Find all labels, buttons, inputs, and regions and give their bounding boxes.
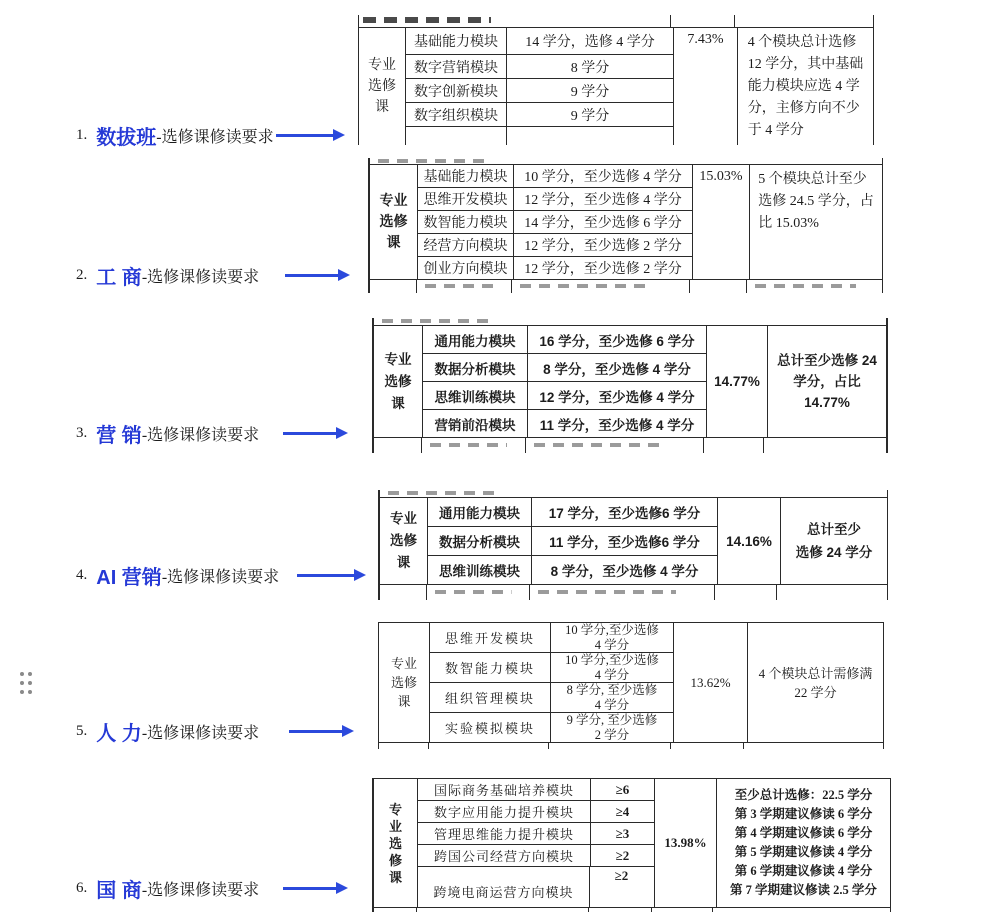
credits-cell: 9 学分, 至少选修 2 学分 (551, 713, 673, 742)
percent-value: 13.98% (664, 835, 706, 851)
module-rows: 基础能力模块10 学分，至少选修 4 学分 思维开发模块12 学分，至少选修 4… (417, 165, 692, 279)
arrow-right-icon (297, 574, 355, 577)
clipped-row-bottom (374, 908, 890, 912)
credits-cell: 8 学分, 至少选修 4 学分 (551, 683, 673, 712)
table-row: 数智能力模块10 学分,至少选修 4 学分 (430, 653, 673, 683)
percent-cell: 13.98% (654, 779, 716, 907)
clipped-row-bottom (406, 127, 673, 145)
table-row: 通用能力模块16 学分，至少选修 6 学分 (423, 326, 706, 354)
table-row: 思维训练模块8 学分，至少选修 4 学分 (428, 556, 717, 584)
note-cell: 至少总计选修：22.5 学分 第 3 学期建议修读 6 学分 第 4 学期建议修… (716, 779, 890, 907)
percent-cell: 14.16% (717, 498, 780, 584)
percent-cell: 13.62% (673, 623, 747, 742)
module-name-cell: 管理思维能力提升模块 (418, 823, 591, 844)
credits-cell: ≥2 (590, 867, 653, 907)
list-number: 2. (76, 267, 87, 284)
module-name-cell: 数字应用能力提升模块 (418, 801, 591, 822)
module-rows: 国际商务基础培养模块≥6 数字应用能力提升模块≥4 管理思维能力提升模块≥3 跨… (417, 779, 654, 907)
module-name-cell: 实验模拟模块 (430, 713, 551, 742)
percent-value: 7.43% (687, 32, 723, 48)
list-number: 5. (76, 723, 87, 740)
percent-value: 14.16% (726, 534, 772, 549)
module-name-cell: 数智能力模块 (418, 211, 514, 233)
table-row: 营销前沿模块11 学分，至少选修 4 学分 (423, 410, 706, 437)
module-name-cell: 通用能力模块 (423, 326, 528, 353)
label-suffix: -选修课修读要求 (142, 720, 259, 743)
program-name: 工 商 (96, 261, 142, 290)
table-row: 思维开发模块10 学分,至少选修 4 学分 (430, 623, 673, 653)
table-row: 经营方向模块12 学分，至少选修 2 学分 (418, 234, 692, 257)
credits-cell: 9 学分 (507, 103, 673, 126)
credits-cell: 10 学分,至少选修 4 学分 (551, 623, 673, 652)
clipped-row-bottom (374, 438, 886, 453)
label-suffix: -选修课修读要求 (156, 124, 273, 147)
note-text: 4 个模块总计选修 12 学分，其中基础 能力模块应选 4 学 分，主修方向不少… (748, 32, 864, 142)
drag-handle-icon[interactable] (20, 672, 32, 694)
note-cell: 5 个模块总计至少 选修 24.5 学分，占 比 15.03% (749, 165, 882, 279)
table-row: 实验模拟模块9 学分, 至少选修 2 学分 (430, 713, 673, 742)
module-name-cell: 创业方向模块 (418, 257, 514, 279)
module-rows: 通用能力模块17 学分，至少选修6 学分 数据分析模块11 学分，至少选修6 学… (427, 498, 717, 584)
module-rows: 基础能力模块14 学分，选修 4 学分 数字营销模块8 学分 数字创新模块9 学… (405, 28, 673, 145)
list-item-5: 5. 人 力 -选修课修读要求 (76, 716, 343, 746)
module-name-cell: 营销前沿模块 (423, 410, 528, 437)
label-suffix: -选修课修读要求 (142, 264, 259, 287)
table-row: 思维训练模块12 学分，至少选修 4 学分 (423, 382, 706, 410)
credits-cell: 16 学分，至少选修 6 学分 (528, 326, 706, 353)
note-text: 总计至少选修 24 学分，占比 14.77% (773, 350, 881, 413)
table-row: 数据分析模块8 学分，至少选修 4 学分 (423, 354, 706, 382)
label-suffix: -选修课修读要求 (142, 877, 259, 900)
list-item-2: 2. 工 商 -选修课修读要求 (76, 260, 339, 290)
list-number: 3. (76, 425, 87, 442)
list-item-6: 6. 国 商 -选修课修读要求 (76, 873, 337, 903)
module-name-cell: 跨境电商运营方向模块 (418, 867, 590, 907)
credits-cell: 12 学分，至少选修 2 学分 (514, 257, 692, 279)
module-name-cell: 国际商务基础培养模块 (418, 779, 591, 800)
percent-cell: 15.03% (692, 165, 749, 279)
table-shuba-electives: 专业 选修 课 基础能力模块14 学分，选修 4 学分 数字营销模块8 学分 数… (358, 15, 874, 145)
table-row: 数字创新模块9 学分 (406, 79, 673, 103)
module-name-cell: 数据分析模块 (423, 354, 528, 381)
arrow-right-icon (285, 274, 339, 277)
clipped-row-bottom (380, 585, 887, 600)
table-renli-electives: 专业 选修 课 思维开发模块10 学分,至少选修 4 学分 数智能力模块10 学… (378, 622, 884, 749)
document-page: 1. 数拔班 -选修课修读要求 2. 工 商 -选修课修读要求 3. 营 销 -… (0, 0, 999, 922)
clipped-row-top (370, 158, 882, 164)
table-row: 数字营销模块8 学分 (406, 55, 673, 79)
arrow-right-icon (289, 730, 343, 733)
list-number: 1. (76, 127, 87, 144)
clipped-row-top (374, 318, 886, 325)
module-name-cell: 经营方向模块 (418, 234, 514, 256)
list-number: 6. (76, 880, 87, 897)
percent-value: 14.77% (714, 374, 760, 389)
table-row: 创业方向模块12 学分，至少选修 2 学分 (418, 257, 692, 279)
note-cell: 总计至少选修 24 学分，占比 14.77% (767, 326, 886, 437)
program-name: 营 销 (96, 419, 142, 448)
module-name-cell: 基础能力模块 (406, 28, 507, 54)
list-number: 4. (76, 567, 87, 584)
clipped-row-top (380, 490, 887, 497)
row-header-cell: 专业 选修 课 (374, 326, 422, 437)
percent-value: 15.03% (699, 169, 742, 185)
program-name: 数拔班 (96, 121, 156, 150)
module-rows: 思维开发模块10 学分,至少选修 4 学分 数智能力模块10 学分,至少选修 4… (429, 623, 673, 742)
credits-cell: 12 学分，至少选修 2 学分 (514, 234, 692, 256)
module-name-cell: 思维训练模块 (423, 382, 528, 409)
credits-cell: ≥2 (591, 845, 654, 866)
table-row: 基础能力模块10 学分，至少选修 4 学分 (418, 165, 692, 188)
module-name-cell: 数智能力模块 (430, 653, 551, 682)
module-name-cell: 思维训练模块 (428, 556, 532, 584)
credits-cell: 10 学分,至少选修 4 学分 (551, 653, 673, 682)
note-cell: 4 个模块总计选修 12 学分，其中基础 能力模块应选 4 学 分，主修方向不少… (737, 28, 873, 145)
credits-cell: 11 学分，至少选修 4 学分 (528, 410, 706, 437)
credits-cell: 14 学分，至少选修 6 学分 (514, 211, 692, 233)
list-item-1: 1. 数拔班 -选修课修读要求 (76, 120, 334, 150)
module-name-cell: 数字创新模块 (406, 79, 507, 102)
row-header-cell: 专业 选修 课 (359, 28, 405, 145)
arrow-right-icon (283, 432, 337, 435)
credits-cell: ≥4 (591, 801, 654, 822)
clipped-row-bottom (379, 743, 883, 749)
clipped-row-bottom (370, 280, 882, 293)
label-suffix: -选修课修读要求 (162, 564, 279, 587)
table-row: 跨境电商运营方向模块≥2 (418, 867, 654, 907)
table-row: 数字组织模块9 学分 (406, 103, 673, 127)
credits-cell: 12 学分，至少选修 4 学分 (514, 188, 692, 210)
credits-cell: 17 学分，至少选修6 学分 (532, 498, 717, 526)
row-header-cell: 专业 选修 课 (380, 498, 427, 584)
module-name-cell: 数字营销模块 (406, 55, 507, 78)
row-header-cell: 专业 选修 课 (379, 623, 429, 742)
note-text: 5 个模块总计至少 选修 24.5 学分，占 比 15.03% (758, 169, 874, 235)
percent-cell: 14.77% (706, 326, 767, 437)
module-name-cell: 数字组织模块 (406, 103, 507, 126)
module-name-cell: 基础能力模块 (418, 165, 514, 187)
table-row: 通用能力模块17 学分，至少选修6 学分 (428, 498, 717, 527)
credits-cell: 12 学分，至少选修 4 学分 (528, 382, 706, 409)
credits-cell: 8 学分，至少选修 4 学分 (532, 556, 717, 584)
module-name-cell: 数据分析模块 (428, 527, 532, 555)
credits-cell: 11 学分，至少选修6 学分 (532, 527, 717, 555)
table-ai-yingxiao-electives: 专业 选修 课 通用能力模块17 学分，至少选修6 学分 数据分析模块11 学分… (378, 490, 888, 600)
percent-value: 13.62% (690, 675, 730, 691)
credits-cell: 10 学分，至少选修 4 学分 (514, 165, 692, 187)
credits-cell: 9 学分 (507, 79, 673, 102)
table-row: 国际商务基础培养模块≥6 (418, 779, 654, 801)
label-suffix: -选修课修读要求 (142, 422, 259, 445)
clipped-row-top (359, 15, 873, 27)
table-row: 数据分析模块11 学分，至少选修6 学分 (428, 527, 717, 556)
table-row: 跨国公司经营方向模块≥2 (418, 845, 654, 867)
program-name: 人 力 (96, 717, 142, 746)
credits-cell: 8 学分 (507, 55, 673, 78)
credits-cell: 14 学分，选修 4 学分 (507, 28, 673, 54)
program-name: AI 营销 (96, 561, 162, 590)
percent-cell: 7.43% (673, 28, 737, 145)
credits-cell: ≥6 (591, 779, 654, 800)
table-row: 思维开发模块12 学分，至少选修 4 学分 (418, 188, 692, 211)
note-text: 总计至少 选修 24 学分 (796, 518, 873, 564)
note-text: 4 个模块总计需修满 22 学分 (759, 664, 873, 702)
note-text: 至少总计选修：22.5 学分 第 3 学期建议修读 6 学分 第 4 学期建议修… (730, 786, 877, 900)
row-header-cell: 专业 选修 课 (370, 165, 417, 279)
module-name-cell: 思维开发模块 (418, 188, 514, 210)
table-row: 基础能力模块14 学分，选修 4 学分 (406, 28, 673, 55)
module-name-cell: 跨国公司经营方向模块 (418, 845, 591, 866)
arrow-right-icon (283, 887, 337, 890)
module-name-cell: 通用能力模块 (428, 498, 532, 526)
table-gongshang-electives: 专业 选修 课 基础能力模块10 学分，至少选修 4 学分 思维开发模块12 学… (368, 158, 883, 293)
credits-cell: ≥3 (591, 823, 654, 844)
arrow-right-icon (276, 134, 334, 137)
table-row: 组织管理模块8 学分, 至少选修 4 学分 (430, 683, 673, 713)
module-rows: 通用能力模块16 学分，至少选修 6 学分 数据分析模块8 学分，至少选修 4 … (422, 326, 706, 437)
program-name: 国 商 (96, 874, 142, 903)
note-cell: 4 个模块总计需修满 22 学分 (747, 623, 883, 742)
list-item-4: 4. AI 营销 -选修课修读要求 (76, 560, 355, 590)
table-yingxiao-electives: 专业 选修 课 通用能力模块16 学分，至少选修 6 学分 数据分析模块8 学分… (372, 318, 888, 453)
list-item-3: 3. 营 销 -选修课修读要求 (76, 418, 337, 448)
table-row: 数智能力模块14 学分，至少选修 6 学分 (418, 211, 692, 234)
module-name-cell: 思维开发模块 (430, 623, 551, 652)
credits-cell: 8 学分，至少选修 4 学分 (528, 354, 706, 381)
table-guoshang-electives: 专 业 选 修 课 国际商务基础培养模块≥6 数字应用能力提升模块≥4 管理思维… (372, 778, 891, 912)
table-row: 数字应用能力提升模块≥4 (418, 801, 654, 823)
module-name-cell: 组织管理模块 (430, 683, 551, 712)
row-header-cell: 专 业 选 修 课 (374, 779, 417, 907)
note-cell: 总计至少 选修 24 学分 (780, 498, 887, 584)
table-row: 管理思维能力提升模块≥3 (418, 823, 654, 845)
